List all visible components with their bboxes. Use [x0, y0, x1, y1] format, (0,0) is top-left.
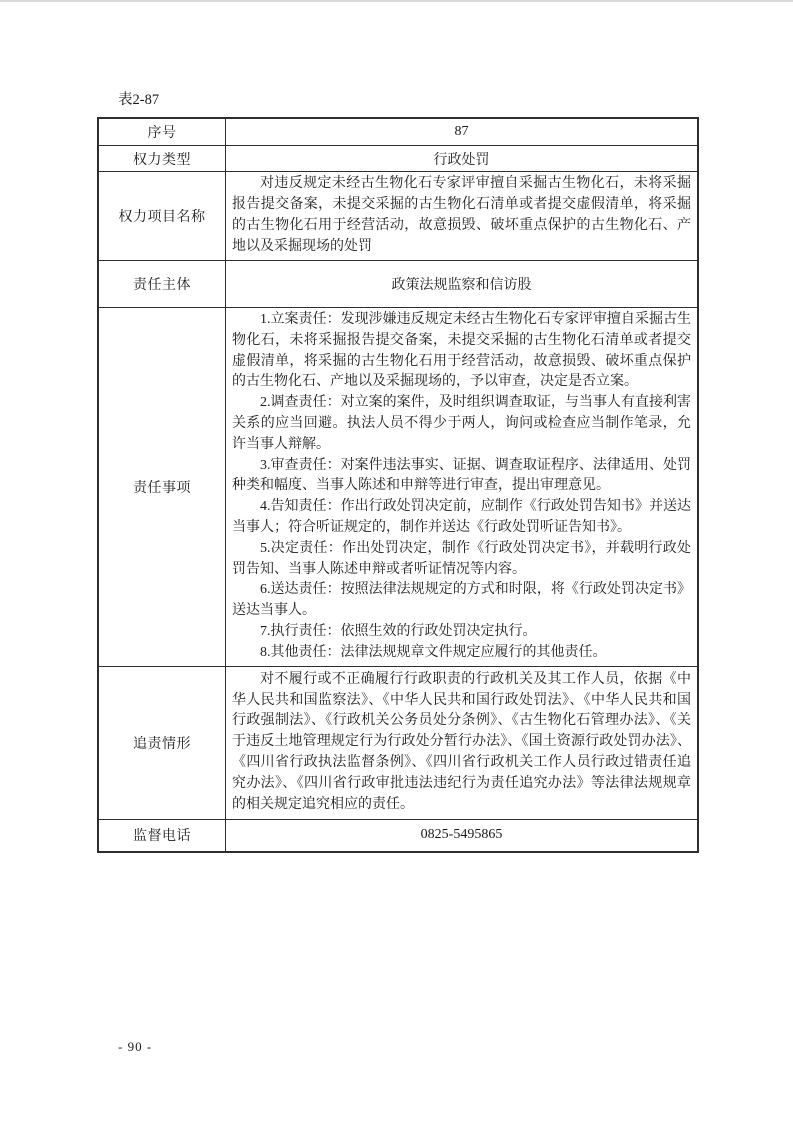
responsibility-item-7: 7.执行责任：依照生效的行政处罚决定执行。 — [232, 622, 691, 643]
table-row-responsibility-items: 责任事项 1.立案责任：发现涉嫌违反规定未经古生物化石专家评审擅自采掘古生物化石… — [98, 308, 698, 667]
row-label-supervision-phone: 监督电话 — [98, 819, 226, 852]
responsibility-item-4: 4.告知责任：作出行政处罚决定前，应制作《行政处罚告知书》并送达当事人；符合听证… — [232, 497, 691, 539]
power-item-name-paragraph: 对违反规定未经古生物化石专家评审擅自采掘古生物化石，未将采掘报告提交备案，未提交… — [232, 174, 691, 257]
row-label-responsibility-items: 责任事项 — [98, 308, 226, 667]
row-label-power-item-name: 权力项目名称 — [98, 172, 226, 261]
table-row-power-item-name: 权力项目名称 对违反规定未经古生物化石专家评审擅自采掘古生物化石，未将采掘报告提… — [98, 172, 698, 261]
table-row-responsible-body: 责任主体 政策法规监察和信访股 — [98, 261, 698, 308]
row-value-power-item-name: 对违反规定未经古生物化石专家评审擅自采掘古生物化石，未将采掘报告提交备案，未提交… — [226, 172, 699, 261]
responsibility-item-8: 8.其他责任：法律法规规章文件规定应履行的其他责任。 — [232, 643, 691, 664]
row-value-serial-number: 87 — [226, 118, 699, 146]
table-row-accountability-situations: 追责情形 对不履行或不正确履行行政职责的行政机关及其工作人员，依据《中华人民共和… — [98, 666, 698, 819]
responsibility-item-1: 1.立案责任：发现涉嫌违反规定未经古生物化石专家评审擅自采掘古生物化石，未将采掘… — [232, 310, 691, 393]
scan-artifact-line — [0, 0, 793, 2]
responsibility-item-2: 2.调查责任：对立案的案件，及时组织调查取证，与当事人有直接利害关系的应当回避。… — [232, 393, 691, 455]
page-number: - 90 - — [118, 1039, 152, 1055]
table-row-power-type: 权力类型 行政处罚 — [98, 146, 698, 172]
responsibility-item-3: 3.审查责任：对案件违法事实、证据、调查取证程序、法律适用、处罚种类和幅度、当事… — [232, 456, 691, 498]
row-label-serial-number: 序号 — [98, 118, 226, 146]
row-value-responsibility-items: 1.立案责任：发现涉嫌违反规定未经古生物化石专家评审擅自采掘古生物化石，未将采掘… — [226, 308, 699, 667]
row-value-power-type: 行政处罚 — [226, 146, 699, 172]
row-value-responsible-body: 政策法规监察和信访股 — [226, 261, 699, 308]
table-row-serial-number: 序号 87 — [98, 118, 698, 146]
document-page: 表2-87 序号 87 权力类型 行政处罚 权力项目名称 对违反规定未经古生物化… — [0, 0, 793, 1122]
responsibility-item-5: 5.决定责任：作出处罚决定，制作《行政处罚决定书》，并载明行政处罚告知、当事人陈… — [232, 539, 691, 581]
power-responsibility-table: 序号 87 权力类型 行政处罚 权力项目名称 对违反规定未经古生物化石专家评审擅… — [97, 117, 699, 853]
accountability-paragraph: 对不履行或不正确履行行政职责的行政机关及其工作人员，依据《中华人民共和国监察法》… — [232, 670, 691, 816]
row-label-accountability-situations: 追责情形 — [98, 666, 226, 819]
row-label-responsible-body: 责任主体 — [98, 261, 226, 308]
row-label-power-type: 权力类型 — [98, 146, 226, 172]
row-value-accountability-situations: 对不履行或不正确履行行政职责的行政机关及其工作人员，依据《中华人民共和国监察法》… — [226, 666, 699, 819]
responsibility-item-6: 6.送达责任：按照法律法规规定的方式和时限，将《行政处罚决定书》送达当事人。 — [232, 580, 691, 622]
table-row-supervision-phone: 监督电话 0825-5495865 — [98, 819, 698, 852]
row-value-supervision-phone: 0825-5495865 — [226, 819, 699, 852]
table-caption: 表2-87 — [118, 92, 159, 108]
